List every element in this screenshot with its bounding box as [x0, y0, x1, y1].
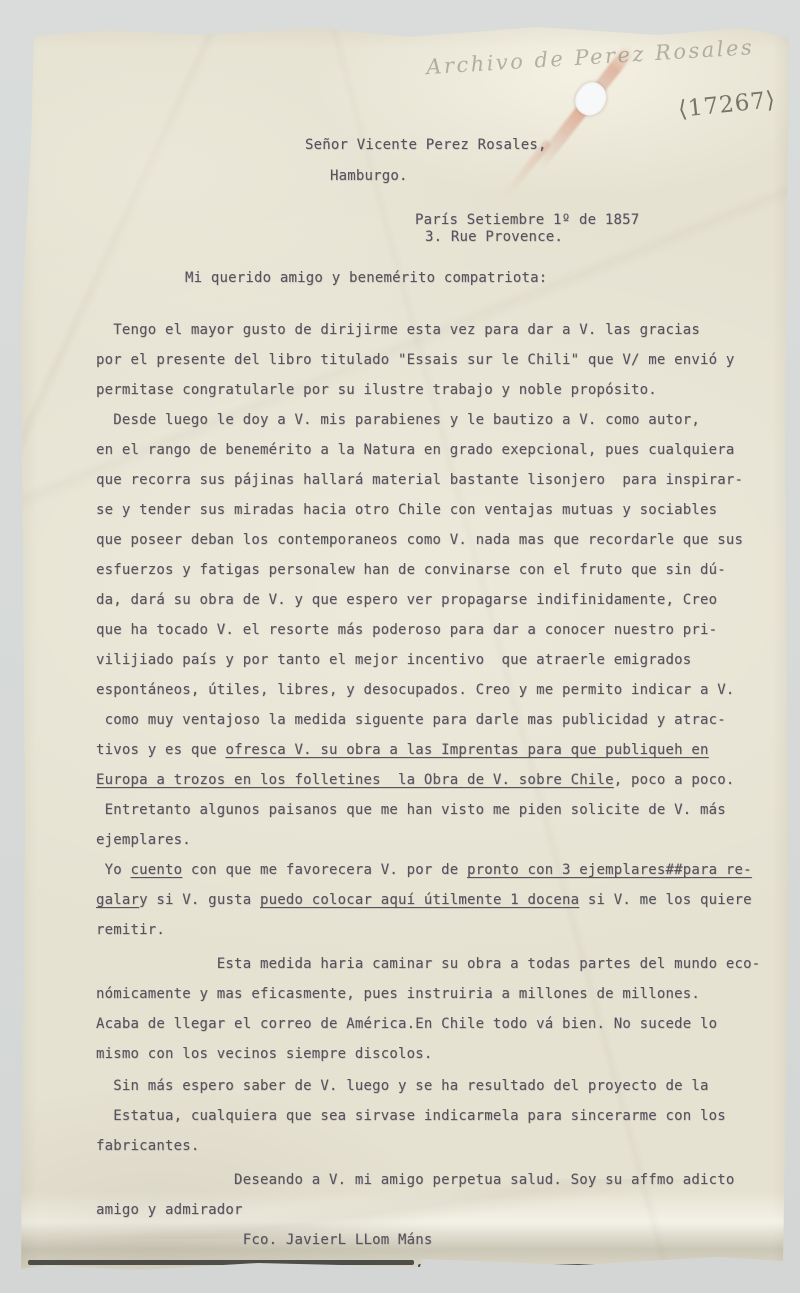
- date-line: París Setiembre 1º de 1857: [415, 212, 639, 229]
- letter-line: tivos y es que ofresca V. su obra a las …: [96, 735, 786, 765]
- letter-line: que recorra sus pájinas hallará material…: [96, 465, 786, 495]
- letter-line: Sin más espero saber de V. luego y se ha…: [96, 1071, 786, 1101]
- letter-line: da, dará su obra de V. y que espero ver …: [96, 585, 786, 615]
- letter-line: Esta medida haria caminar su obra a toda…: [96, 949, 786, 979]
- letter-line: Deseando a V. mi amigo perpetua salud. S…: [96, 1165, 786, 1195]
- scanned-letter-page: Archivo de Perez Rosales ⟨17267⟩ Señor V…: [18, 24, 792, 1272]
- paper-bottom-edge-left: [28, 1260, 414, 1265]
- recipient-name-line: Señor Vicente Perez Rosales,: [305, 130, 547, 161]
- letter-line: remitir.: [96, 915, 786, 945]
- recipient-city-line: Hamburgo.: [330, 161, 547, 192]
- letter-line: Acaba de llegar el correo de América.En …: [96, 1009, 786, 1039]
- letter-line: fabricantes.: [96, 1131, 786, 1161]
- letter-line: Yo cuento con que me favorecera V. por d…: [96, 855, 786, 885]
- letter-line: vilijiado país y por tanto el mejor ince…: [96, 645, 786, 675]
- scan-background: { "page": { "background_color": "#d7dad9…: [0, 0, 800, 1293]
- letter-body: Tengo el mayor gusto de dirijirme esta v…: [96, 315, 786, 1255]
- letter-line: ejemplares.: [96, 825, 786, 855]
- letter-line: que ha tocado V. el resorte más poderoso…: [96, 615, 786, 645]
- letter-line: se y tender sus miradas hacia otro Chile…: [96, 495, 786, 525]
- catalog-number: ⟨17267⟩: [677, 87, 777, 123]
- letter-line: nómicamente y mas eficasmente, pues inst…: [96, 979, 786, 1009]
- handwritten-archive-note: Archivo de Perez Rosales: [426, 37, 727, 79]
- letter-line: espontáneos, útiles, libres, y desocupad…: [96, 675, 786, 705]
- dateline: París Setiembre 1º de 1857 3. Rue Proven…: [415, 212, 639, 246]
- letter-line: permitase congratularle por su ilustre t…: [96, 375, 786, 405]
- letter-line: galary si V. gusta puedo colocar aquí út…: [96, 885, 786, 915]
- letter-line: Tengo el mayor gusto de dirijirme esta v…: [96, 315, 786, 345]
- recipient-address: Señor Vicente Perez Rosales, Hamburgo.: [305, 130, 547, 192]
- letter-line: esfuerzos y fatigas personalew han de co…: [96, 555, 786, 585]
- letter-line: Fco. JavierL LLom Máns: [96, 1225, 786, 1255]
- paper-sheet: Archivo de Perez Rosales ⟨17267⟩ Señor V…: [18, 24, 792, 1272]
- letter-line: Europa a trozos en los folletines la Obr…: [96, 765, 786, 795]
- paper-bottom-edge-right: [418, 1264, 782, 1270]
- letter-line: mismo con los vecinos siempre discolos.: [96, 1039, 786, 1069]
- letter-line: Estatua, cualquiera que sea sirvase indi…: [96, 1101, 786, 1131]
- letter-line: Desde luego le doy a V. mis parabienes y…: [96, 405, 786, 435]
- letter-line: Entretanto algunos paisanos que me han v…: [96, 795, 786, 825]
- salutation: Mi querido amigo y benemérito compatriot…: [185, 263, 547, 293]
- letter-line: amigo y admirador: [96, 1195, 786, 1225]
- letter-line: en el rango de benemérito a la Natura en…: [96, 435, 786, 465]
- letter-line: como muy ventajoso la medida siguente pa…: [96, 705, 786, 735]
- address-line: 3. Rue Provence.: [425, 229, 639, 246]
- letter-line: por el presente del libro titulado "Essa…: [96, 345, 786, 375]
- letter-line: que poseer deban los contemporaneos como…: [96, 525, 786, 555]
